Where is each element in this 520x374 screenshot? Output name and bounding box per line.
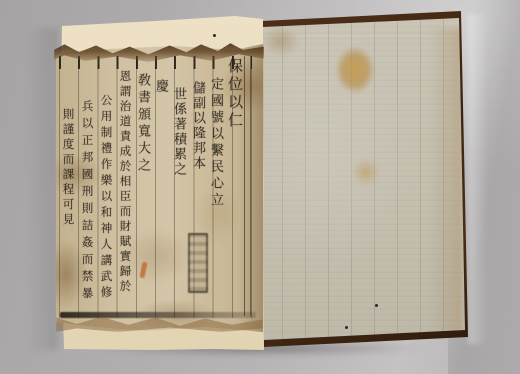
text-column-8: 公用制禮作樂以和神人講武修 (100, 94, 112, 302)
text-column-3: 儲副以隆邦本 (191, 81, 204, 171)
stain-small-round (352, 158, 380, 186)
photo-backdrop: 保位以仁 定國號以繫民心立 儲副以隆邦本 世係著積累之 慶 敎書頒寬大之 恩謂治… (0, 0, 520, 374)
frame-bottom-border (60, 312, 256, 318)
right-cover-paper (260, 10, 470, 350)
text-column-2: 定國號以繫民心立 (209, 77, 222, 209)
stain-large-round (335, 46, 375, 94)
text-column-6: 敎書頒寬大之 (136, 73, 149, 175)
frame-right-border (244, 56, 251, 316)
text-column-4: 世係著積累之 (172, 87, 185, 177)
text-column-10: 則謹度而課程可見 (62, 108, 74, 228)
ink-speck (213, 34, 216, 37)
backdrop-shadow-left (26, 28, 58, 350)
text-column-9: 兵以正邦國刑則詰姦而禁暴 (81, 100, 93, 304)
ink-speck (345, 326, 348, 329)
text-column-5: 慶 (154, 79, 167, 92)
ink-speck (375, 304, 378, 307)
text-column-7: 恩謂治道責成於相臣而財賦實歸於 (119, 70, 131, 295)
right-cover-page (260, 10, 470, 350)
stain-corner-top-left (262, 26, 300, 56)
collector-seal-stamp (188, 233, 208, 293)
stain-right-edge (428, 28, 462, 332)
backdrop-highlight-right (468, 14, 488, 344)
text-column-1: 保位以仁 (227, 58, 242, 130)
